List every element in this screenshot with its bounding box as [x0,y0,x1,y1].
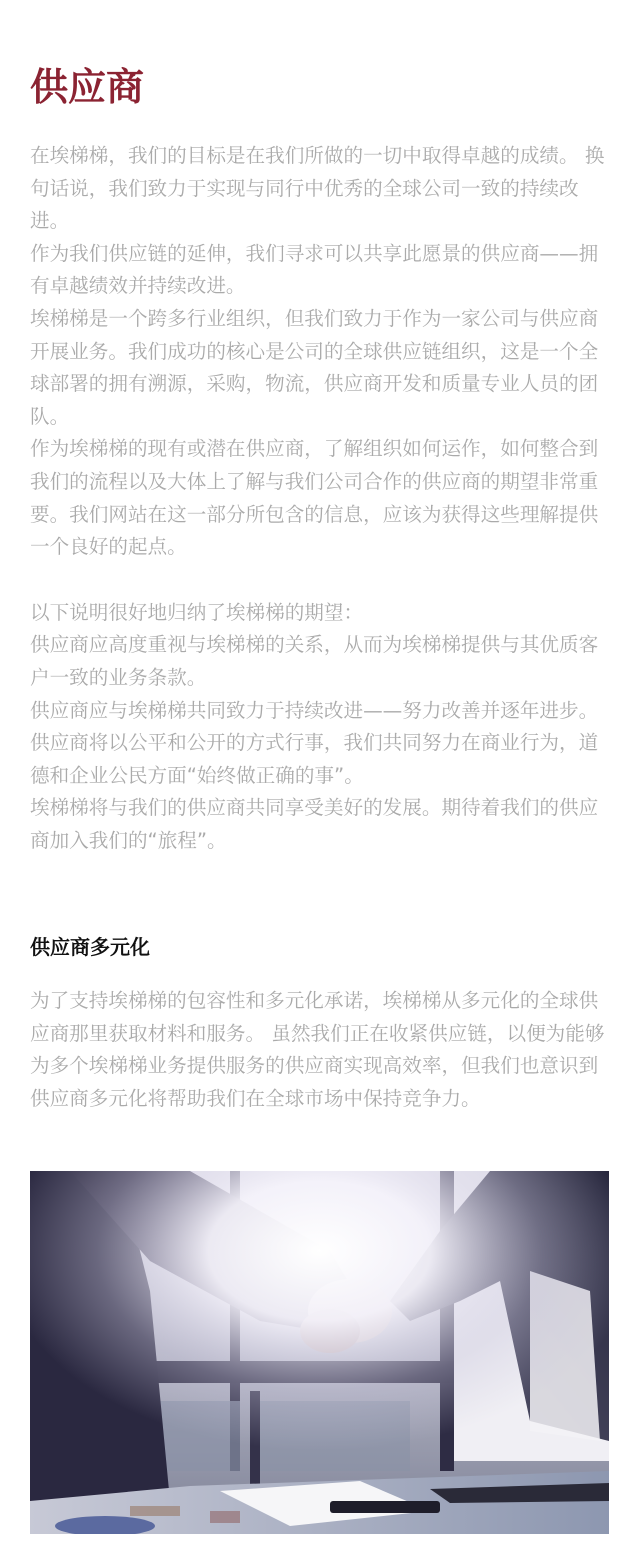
expectation-item: 供应商应高度重视与埃梯梯的关系，从而为埃梯梯提供与其优质客户一致的业务条款。 [30,629,614,694]
page-title: 供应商 [30,62,144,112]
spacer [30,564,614,597]
expectation-item: 埃梯梯将与我们的供应商共同享受美好的发展。期待着我们的供应商加入我们的“旅程”。 [30,792,614,857]
diversity-paragraph: 为了支持埃梯梯的包容性和多元化承诺，埃梯梯从多元化的全球供应商那里获取材料和服务… [30,985,614,1115]
intro-paragraph: 埃梯梯是一个跨多行业组织，但我们致力于作为一家公司与供应商开展业务。我们成功的核… [30,303,614,433]
expectation-item: 供应商将以公平和公开的方式行事，我们共同努力在商业行为，道德和企业公民方面“始终… [30,727,614,792]
diversity-section: 为了支持埃梯梯的包容性和多元化承诺，埃梯梯从多元化的全球供应商那里获取材料和服务… [30,985,614,1115]
handshake-illustration [30,1171,609,1534]
handshake-photo [30,1171,609,1534]
intro-paragraph: 在埃梯梯，我们的目标是在我们所做的一切中取得卓越的成绩。 换句话说，我们致力于实… [30,140,614,238]
intro-paragraph: 作为我们供应链的延伸，我们寻求可以共享此愿景的供应商——拥有卓越绩效并持续改进。 [30,238,614,303]
expectations-intro: 以下说明很好地归纳了埃梯梯的期望： [30,597,614,630]
intro-section: 在埃梯梯，我们的目标是在我们所做的一切中取得卓越的成绩。 换句话说，我们致力于实… [30,140,614,857]
expectation-item: 供应商应与埃梯梯共同致力于持续改进——努力改善并逐年进步。 [30,695,614,728]
intro-paragraph: 作为埃梯梯的现有或潜在供应商，了解组织如何运作，如何整合到我们的流程以及大体上了… [30,433,614,563]
diversity-heading: 供应商多元化 [30,933,150,961]
